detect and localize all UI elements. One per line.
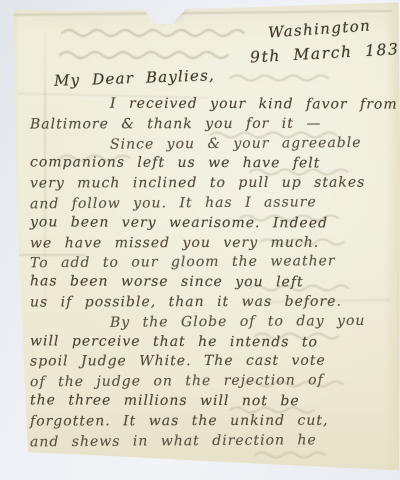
letter-line: To add to our gloom the weather: [30, 253, 392, 275]
letter-line: will perceive that he intends to: [30, 333, 392, 354]
letter-line: Baltimore & thank you for it —: [30, 115, 392, 136]
letter-photo: Washington 9th March 1835 My Dear Baylie…: [0, 0, 400, 480]
letter-line: companions left us we have felt: [30, 155, 392, 176]
letter-line: very much inclined to pull up stakes: [30, 175, 392, 196]
letter-line: of the judge on the rejection of: [30, 372, 392, 394]
letter-line: spoil Judge White. The cast vote: [30, 353, 392, 374]
letter-line: you been very wearisome. Indeed: [30, 214, 392, 235]
letter-line: Since you & your agreeable: [30, 134, 392, 156]
letter-body: I received your kind favor from Baltimor…: [30, 96, 392, 452]
letter-line: the three millions will not be: [30, 392, 392, 413]
letter-line: and follow you. It has I assure: [30, 194, 392, 216]
letter-line: us if possible, than it was before.: [30, 293, 392, 314]
letter-line: and shews in what direction he: [30, 431, 392, 453]
letter-line: By the Globe of to day you: [30, 313, 392, 335]
letter-line: forgotten. It was the unkind cut,: [30, 412, 392, 433]
letter-line: we have missed you very much.: [30, 234, 392, 255]
letter-line: I received your kind favor from: [30, 95, 392, 116]
letter-line: has been worse since you left: [30, 274, 392, 295]
letter-paper: Washington 9th March 1835 My Dear Baylie…: [0, 0, 400, 480]
